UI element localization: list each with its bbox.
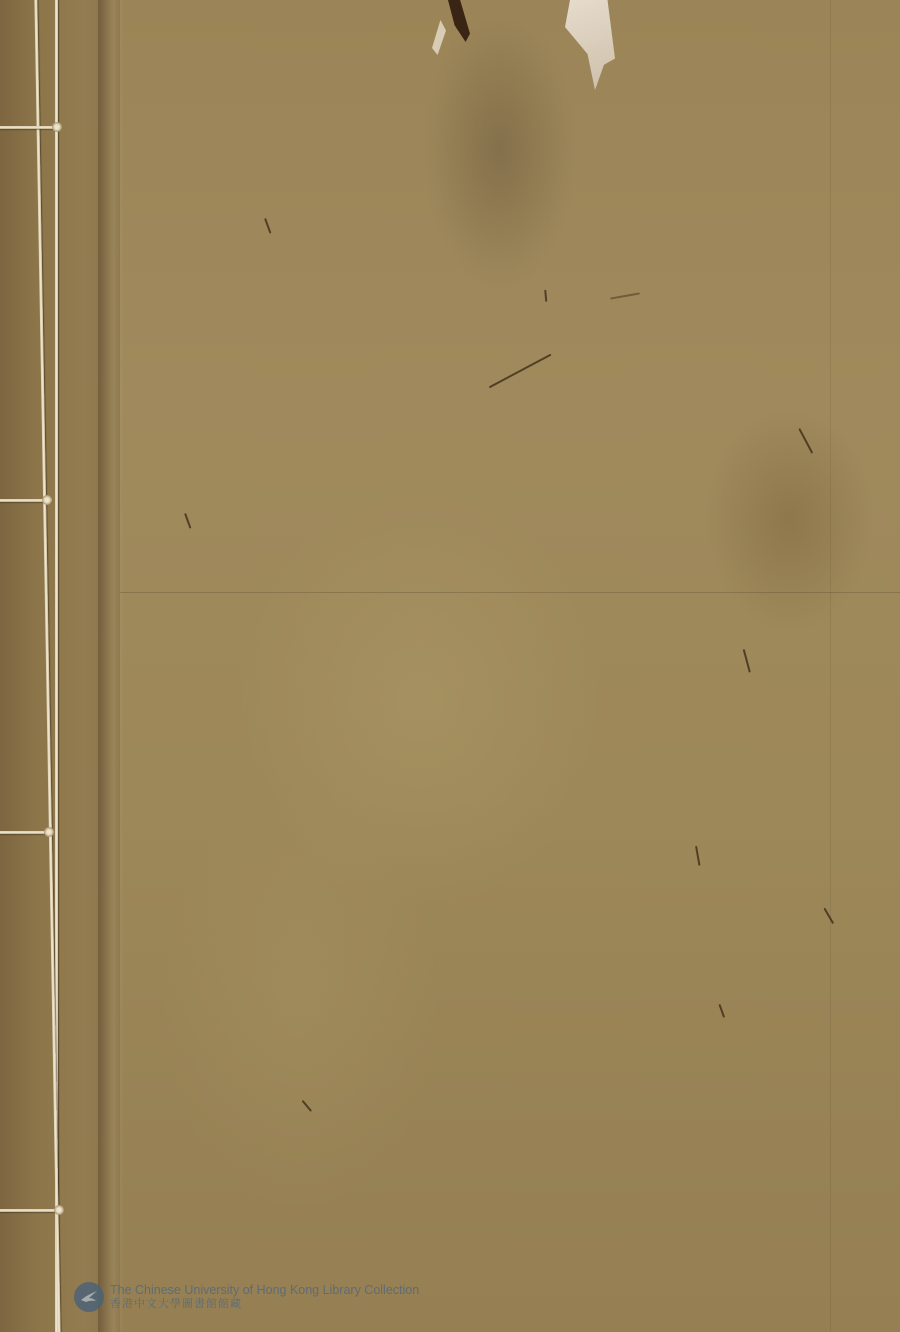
binding-knot-1 — [52, 122, 62, 132]
paper-fiber — [302, 1100, 312, 1112]
cuhk-swallow-logo-icon — [74, 1282, 104, 1312]
paper-fiber — [610, 292, 640, 299]
binding-knot-2 — [42, 495, 52, 505]
paper-fiber — [265, 218, 272, 234]
book-cover-scan: The Chinese University of Hong Kong Libr… — [0, 0, 900, 1332]
paper-fiber — [719, 1004, 725, 1018]
paper-fiber — [824, 908, 834, 924]
binding-knot-3 — [44, 827, 54, 837]
spine-edge-shadow — [98, 0, 124, 1332]
paper-fiber — [696, 846, 701, 866]
watermark-english: The Chinese University of Hong Kong Libr… — [110, 1283, 419, 1297]
paper-fiber — [489, 354, 552, 388]
watermark-chinese: 香港中文大學圖書館館藏 — [110, 1297, 419, 1311]
library-watermark: The Chinese University of Hong Kong Libr… — [74, 1282, 419, 1312]
paper-tear — [565, 0, 615, 90]
paper-fiber — [743, 649, 751, 673]
fold-line-right — [830, 0, 831, 1332]
binding-stitch-1 — [0, 126, 60, 129]
paper-tear-small — [432, 20, 446, 55]
fold-line — [120, 592, 900, 593]
ink-stain — [448, 0, 470, 42]
binding-stitch-4 — [0, 1209, 58, 1212]
binding-knot-4 — [54, 1205, 64, 1215]
paper-fiber — [545, 290, 548, 302]
paper-fiber — [799, 428, 813, 453]
paper-fiber — [185, 513, 192, 529]
